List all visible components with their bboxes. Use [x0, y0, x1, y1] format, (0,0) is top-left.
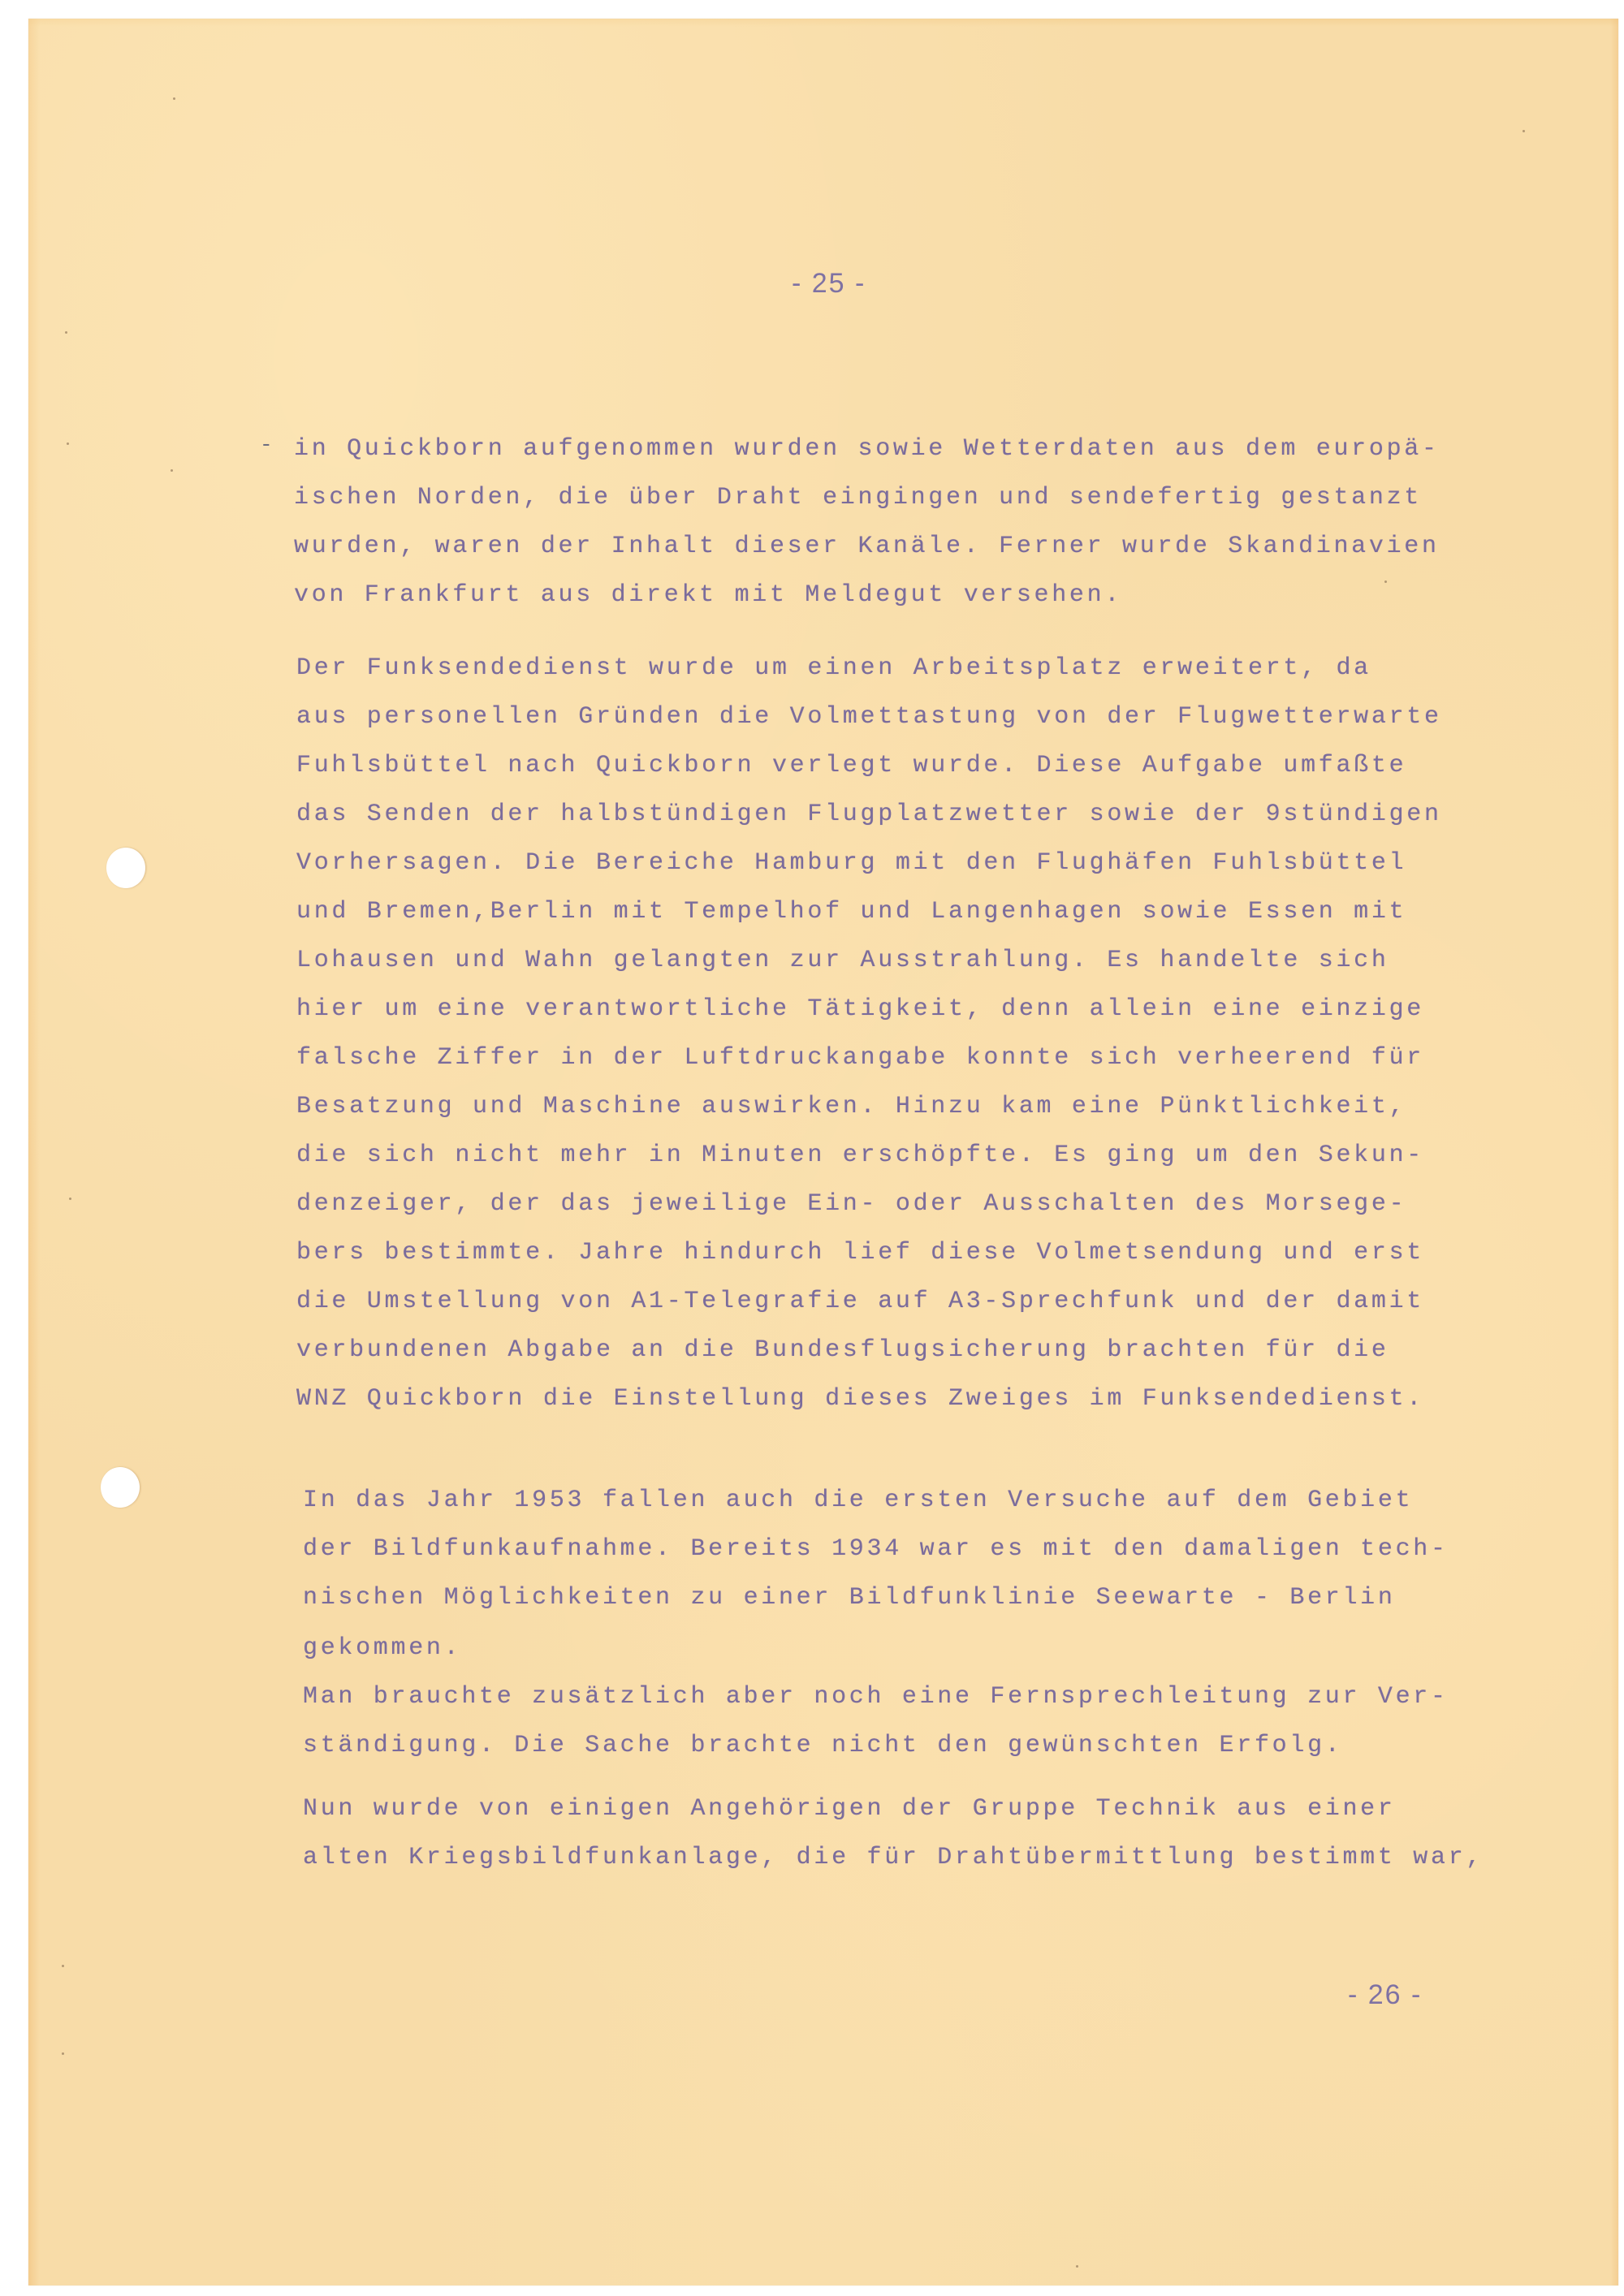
text-line: aus personellen Gründen die Volmettastun…: [296, 705, 1442, 729]
text-line: Vorhersagen. Die Bereiche Hamburg mit de…: [296, 851, 1406, 875]
paper-speck: [62, 2052, 64, 2055]
text-line: Man brauchte zusätzlich aber noch eine F…: [303, 1685, 1449, 1709]
text-line: hier um eine verantwortliche Tätigkeit, …: [296, 997, 1424, 1021]
paper-speck: [1076, 2265, 1078, 2268]
text-line: Besatzung und Maschine auswirken. Hinzu …: [296, 1094, 1406, 1119]
paper-speck: [67, 442, 69, 445]
paper-speck: [62, 1965, 64, 1967]
text-line: WNZ Quickborn die Einstellung dieses Zwe…: [296, 1387, 1424, 1411]
paper-speck: [69, 1198, 71, 1200]
punch-hole-upper: [106, 848, 145, 888]
punch-hole-lower: [101, 1467, 140, 1508]
text-line: Nun wurde von einigen Angehörigen der Gr…: [303, 1797, 1396, 1821]
paper-speck: [1384, 580, 1387, 583]
text-line: bers bestimmte. Jahre hindurch lief dies…: [296, 1241, 1424, 1265]
text-line: Fuhlsbüttel nach Quickborn verlegt wurde…: [296, 753, 1406, 778]
text-line: gekommen.: [303, 1636, 461, 1660]
text-line: von Frankfurt aus direkt mit Meldegut ve…: [294, 583, 1122, 607]
text-line: ischen Norden, die über Draht eingingen …: [294, 486, 1422, 510]
text-line: die sich nicht mehr in Minuten erschöpft…: [296, 1143, 1424, 1167]
text-line: nischen Möglichkeiten zu einer Bildfunkl…: [303, 1586, 1396, 1610]
paper-speck: [173, 97, 175, 100]
text-line: alten Kriegsbildfunkanlage, die für Drah…: [303, 1845, 1484, 1870]
text-line: Lohausen und Wahn gelangten zur Ausstrah…: [296, 948, 1389, 973]
text-line: wurden, waren der Inhalt dieser Kanäle. …: [294, 534, 1440, 559]
paper-speck: [1522, 130, 1525, 132]
text-line: der Bildfunkaufnahme. Bereits 1934 war e…: [303, 1537, 1449, 1561]
text-line: die Umstellung von A1-Telegrafie auf A3-…: [296, 1289, 1424, 1314]
paper-speck: [65, 331, 67, 334]
text-line: und Bremen,Berlin mit Tempelhof und Lang…: [296, 900, 1406, 924]
margin-mark: -: [260, 433, 273, 457]
next-page-catchword: - 26 -: [1348, 1979, 1422, 2011]
text-line: in Quickborn aufgenommen wurden sowie We…: [294, 437, 1440, 461]
text-line: In das Jahr 1953 fallen auch die ersten …: [303, 1488, 1413, 1513]
text-line: falsche Ziffer in der Luftdruckangabe ko…: [296, 1046, 1424, 1070]
text-line: verbundenen Abgabe an die Bundesflugsich…: [296, 1338, 1389, 1362]
text-line: denzeiger, der das jeweilige Ein- oder A…: [296, 1192, 1406, 1216]
text-line: das Senden der halbstündigen Flugplatzwe…: [296, 802, 1442, 826]
page-number: - 25 -: [792, 268, 866, 300]
text-line: ständigung. Die Sache brachte nicht den …: [303, 1733, 1342, 1758]
text-line: Der Funksendedienst wurde um einen Arbei…: [296, 656, 1371, 680]
paper-speck: [171, 469, 173, 472]
